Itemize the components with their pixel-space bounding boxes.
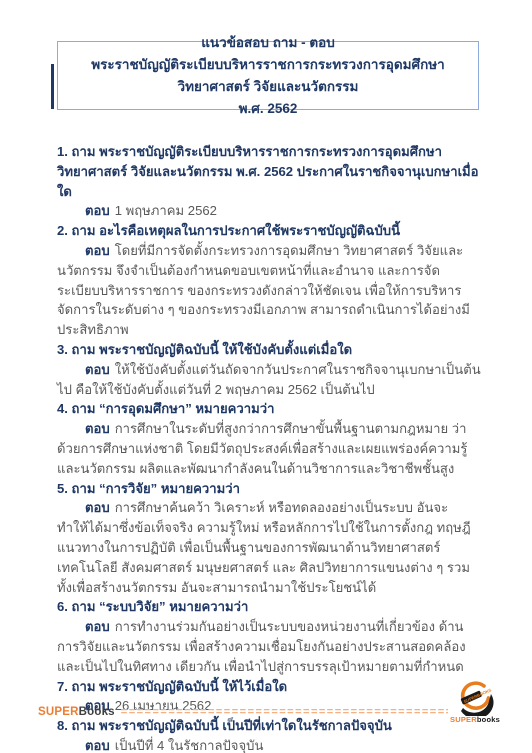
answer-text: การทำงานร่วมกันอย่างเป็นระบบของหน่วยงานท…: [57, 619, 466, 674]
qa-content: 1. ถาม พระราชบัญญัติระเบียบบริหารราชการก…: [57, 142, 481, 753]
answer-line: ตอบ1 พฤษภาคม 2562: [57, 201, 481, 221]
title-box: แนวข้อสอบ ถาม - ตอบ พระราชบัญญัติระเบียบ…: [57, 41, 479, 110]
answer-label: ตอบ: [85, 243, 110, 258]
answer-line: ตอบให้ใช้บังคับตั้งแต่วันถัดจากวันประกาศ…: [57, 360, 481, 400]
answer-text: การศึกษาในระดับที่สูงกว่าการศึกษาขั้นพื้…: [57, 421, 467, 476]
qa-item: 3. ถาม พระราชบัญญัติฉบับนี้ ให้ใช้บังคับ…: [57, 340, 481, 399]
superbooks-logo: SUPERBOOKS SUPERbooks: [447, 681, 503, 724]
doc-title: แนวข้อสอบ ถาม - ตอบ: [58, 32, 478, 54]
answer-text: เป็นปีที่ 4 ในรัชกาลปัจจุบัน: [115, 738, 264, 753]
footer-brand-books: Books: [79, 706, 115, 718]
answer-label: ตอบ: [85, 362, 110, 377]
question-line: 6. ถาม “ระบบวิจัย” หมายความว่า: [57, 597, 481, 617]
answer-line: ตอบการศึกษาค้นคว้า วิเคราะห์ หรือทดลองอย…: [57, 498, 481, 597]
logo-caption-super: SUPER: [450, 715, 477, 724]
qa-item: 2. ถาม อะไรคือเหตุผลในการประกาศใช้พระราช…: [57, 221, 481, 340]
logo-caption-books: books: [477, 715, 500, 724]
answer-text: โดยที่มีการจัดตั้งกระทรวงการอุดมศึกษา วิ…: [57, 243, 470, 337]
footer-brand-super: SUPER: [38, 706, 79, 718]
superbooks-logo-icon: SUPERBOOKS: [455, 681, 495, 716]
answer-line: ตอบการทำงานร่วมกันอย่างเป็นระบบของหน่วยง…: [57, 617, 481, 676]
answer-label: ตอบ: [85, 738, 110, 753]
accent-bar: [51, 64, 54, 109]
qa-item: 6. ถาม “ระบบวิจัย” หมายความว่า ตอบการทำง…: [57, 597, 481, 676]
question-line: 2. ถาม อะไรคือเหตุผลในการประกาศใช้พระราช…: [57, 221, 481, 241]
qa-item: 5. ถาม “การวิจัย” หมายความว่า ตอบการศึกษ…: [57, 479, 481, 598]
answer-label: ตอบ: [85, 203, 110, 218]
answer-label: ตอบ: [85, 500, 110, 515]
answer-text: ให้ใช้บังคับตั้งแต่วันถัดจากวันประกาศในร…: [57, 362, 481, 397]
answer-text: การศึกษาค้นคว้า วิเคราะห์ หรือทดลองอย่าง…: [57, 500, 471, 594]
question-line: 4. ถาม “การอุดมศึกษา” หมายความว่า: [57, 399, 481, 419]
answer-label: ตอบ: [85, 421, 110, 436]
question-line: 8. ถาม พระราชบัญญัติฉบับนี้ เป็นปีที่เท่…: [57, 716, 481, 736]
answer-line: ตอบโดยที่มีการจัดตั้งกระทรวงการอุดมศึกษา…: [57, 241, 481, 340]
qa-item: 4. ถาม “การอุดมศึกษา” หมายความว่า ตอบการ…: [57, 399, 481, 478]
qa-item: 1. ถาม พระราชบัญญัติระเบียบบริหารราชการก…: [57, 142, 481, 221]
qa-item: 8. ถาม พระราชบัญญัติฉบับนี้ เป็นปีที่เท่…: [57, 716, 481, 753]
question-line: 7. ถาม พระราชบัญญัติฉบับนี้ ให้ไว้เมื่อใ…: [57, 677, 481, 697]
answer-line: ตอบเป็นปีที่ 4 ในรัชกาลปัจจุบัน: [57, 736, 481, 753]
page-footer: SUPERBooks =============================…: [38, 706, 448, 718]
logo-caption: SUPERbooks: [447, 716, 503, 724]
answer-line: ตอบการศึกษาในระดับที่สูงกว่าการศึกษาขั้น…: [57, 419, 481, 478]
question-line: 1. ถาม พระราชบัญญัติระเบียบบริหารราชการก…: [57, 142, 481, 201]
question-line: 3. ถาม พระราชบัญญัติฉบับนี้ ให้ใช้บังคับ…: [57, 340, 481, 360]
answer-label: ตอบ: [85, 619, 110, 634]
question-line: 5. ถาม “การวิจัย” หมายความว่า: [57, 479, 481, 499]
footer-brand: SUPERBooks: [38, 706, 115, 718]
answer-text: 1 พฤษภาคม 2562: [115, 203, 217, 218]
doc-subtitle: พระราชบัญญัติระเบียบบริหารราชการกระทรวงก…: [58, 54, 478, 98]
doc-year: พ.ศ. 2562: [58, 98, 478, 120]
footer-divider: ========================================…: [121, 706, 448, 718]
